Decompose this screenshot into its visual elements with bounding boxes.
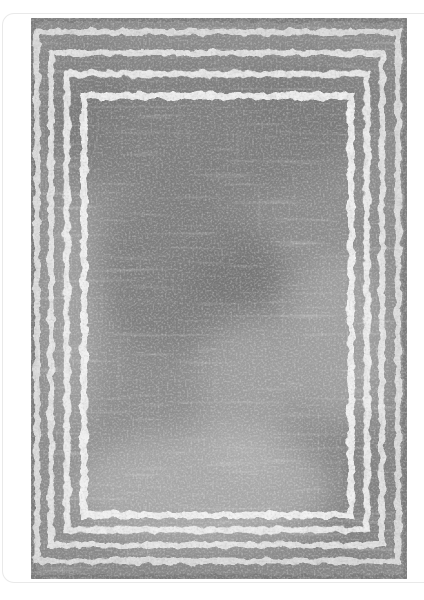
page-background (0, 0, 424, 600)
product-image-card[interactable] (2, 13, 424, 583)
rug-light-speckle-layer (31, 18, 407, 579)
rug-product-photo (31, 18, 407, 579)
rug-image (31, 18, 407, 579)
